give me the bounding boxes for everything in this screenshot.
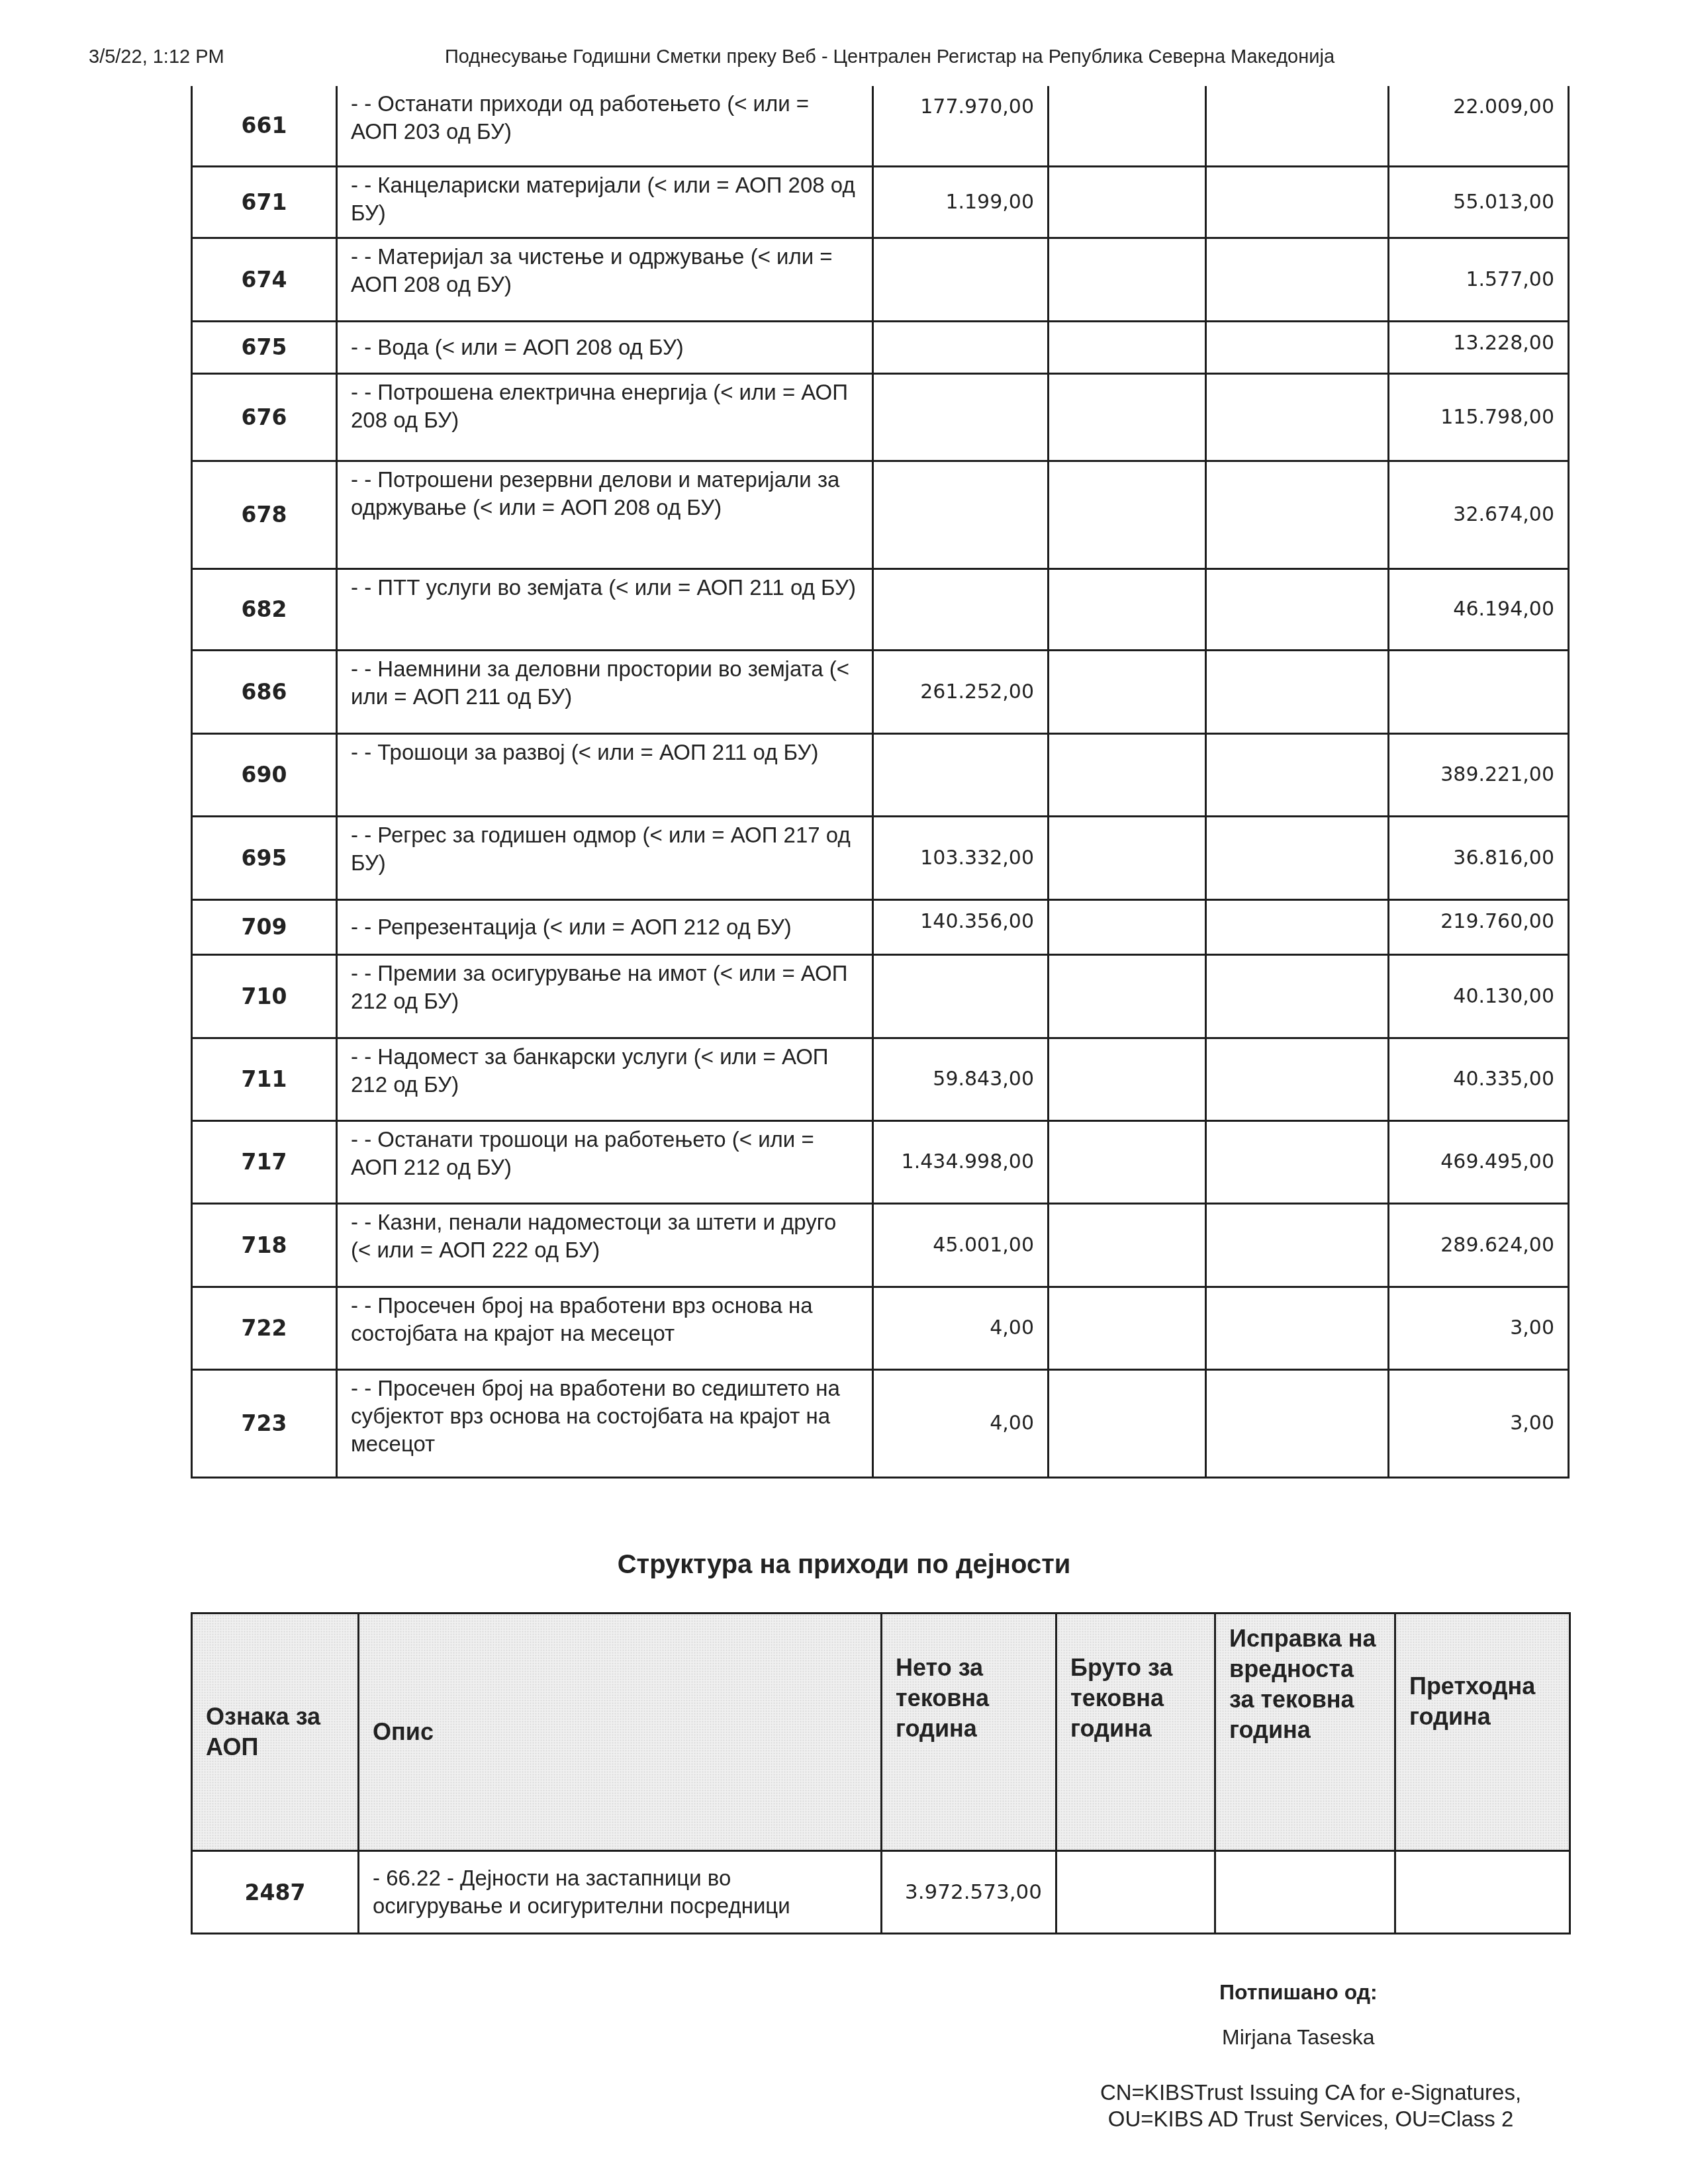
previous-year-value — [1389, 650, 1569, 733]
row-description: - - Наемнини за деловни простории во зем… — [337, 650, 873, 733]
print-page-title: Поднесување Годишни Сметки преку Веб - Ц… — [445, 46, 1335, 68]
table-row: 686- - Наемнини за деловни простории во … — [192, 650, 1569, 733]
table-row: 661- - Останати приходи од работењето (<… — [192, 86, 1569, 166]
previous-year-value — [1395, 1851, 1570, 1934]
aop-code: 2487 — [192, 1851, 359, 1934]
current-year-adjustment-value — [1206, 954, 1389, 1038]
current-year-adjustment-value — [1206, 1369, 1389, 1477]
previous-year-value: 40.130,00 — [1389, 954, 1569, 1038]
current-year-gross-value — [1049, 373, 1206, 461]
current-year-gross-value — [1049, 166, 1206, 238]
current-year-adjustment-value — [1206, 461, 1389, 569]
row-description: - - Канцелариски материјали (< или = АОП… — [337, 166, 873, 238]
gross-current-year-value — [1056, 1851, 1215, 1934]
current-year-adjustment-value — [1206, 1038, 1389, 1120]
table-row: 678- - Потрошени резервни делови и матер… — [192, 461, 1569, 569]
signer-name: Mirjana Taseska — [1222, 2025, 1375, 2050]
current-year-net-value: 103.332,00 — [873, 816, 1049, 899]
row-description: - - Премии за осигурување на имот (< или… — [337, 954, 873, 1038]
certificate-info: CN=KIBSTrust Issuing CA for e-Signatures… — [1072, 2079, 1549, 2132]
previous-year-value: 13.228,00 — [1389, 321, 1569, 373]
current-year-net-value: 4,00 — [873, 1369, 1049, 1477]
table-row: 690- - Трошоци за развој (< или = АОП 21… — [192, 733, 1569, 816]
previous-year-value: 46.194,00 — [1389, 569, 1569, 650]
previous-year-value: 3,00 — [1389, 1369, 1569, 1477]
column-header-aop: Ознака за АОП — [192, 1614, 359, 1851]
aop-code: 678 — [192, 461, 337, 569]
previous-year-value: 22.009,00 — [1389, 86, 1569, 166]
current-year-adjustment-value — [1206, 321, 1389, 373]
current-year-net-value — [873, 733, 1049, 816]
current-year-gross-value — [1049, 650, 1206, 733]
table-row: 718- - Казни, пенали надоместоци за штет… — [192, 1203, 1569, 1287]
previous-year-value: 36.816,00 — [1389, 816, 1569, 899]
row-description: - - Регрес за годишен одмор (< или = АОП… — [337, 816, 873, 899]
current-year-net-value: 1.434.998,00 — [873, 1120, 1049, 1203]
current-year-gross-value — [1049, 954, 1206, 1038]
aop-code: 661 — [192, 86, 337, 166]
table-row: 671- - Канцелариски материјали (< или = … — [192, 166, 1569, 238]
current-year-net-value — [873, 569, 1049, 650]
current-year-adjustment-value — [1206, 650, 1389, 733]
aop-code: 717 — [192, 1120, 337, 1203]
previous-year-value: 115.798,00 — [1389, 373, 1569, 461]
aop-code: 682 — [192, 569, 337, 650]
income-structure-table: Ознака за АОП Опис Нето за тековна годин… — [191, 1612, 1571, 1934]
column-header-net-current-year: Нето за тековна година — [882, 1614, 1056, 1851]
aop-code: 709 — [192, 899, 337, 954]
row-description: - - Казни, пенали надоместоци за штети и… — [337, 1203, 873, 1287]
table-row: 674- - Материјал за чистење и одржување … — [192, 238, 1569, 321]
row-description: - - Надомест за банкарски услуги (< или … — [337, 1038, 873, 1120]
structure-section-title: Структура на приходи по дејности — [0, 1550, 1688, 1580]
activity-description: - 66.22 - Дејности на застапници во осиг… — [359, 1851, 882, 1934]
aop-code: 723 — [192, 1369, 337, 1477]
current-year-gross-value — [1049, 461, 1206, 569]
row-description: - - Останати приходи од работењето (< ил… — [337, 86, 873, 166]
certificate-ou: OU=KIBS AD Trust Services, OU=Class 2 — [1072, 2106, 1549, 2132]
row-description: - - Останати трошоци на работењето (< ил… — [337, 1120, 873, 1203]
current-year-adjustment-value — [1206, 166, 1389, 238]
current-year-gross-value — [1049, 1369, 1206, 1477]
aop-values-body: 661- - Останати приходи од работењето (<… — [192, 86, 1569, 1477]
signed-by-label: Потпишано од: — [1219, 1980, 1378, 2005]
current-year-net-value — [873, 321, 1049, 373]
net-current-year-value: 3.972.573,00 — [882, 1851, 1056, 1934]
current-year-gross-value — [1049, 321, 1206, 373]
current-year-adjustment-value — [1206, 373, 1389, 461]
table-row: 723- - Просечен број на вработени во сед… — [192, 1369, 1569, 1477]
current-year-adjustment-value — [1206, 1120, 1389, 1203]
row-description: - - Материјал за чистење и одржување (< … — [337, 238, 873, 321]
aop-values-table: 661- - Останати приходи од работењето (<… — [191, 86, 1570, 1479]
aop-code: 676 — [192, 373, 337, 461]
table-row: 711- - Надомест за банкарски услуги (< и… — [192, 1038, 1569, 1120]
table-row: 676- - Потрошена електрична енергија (< … — [192, 373, 1569, 461]
aop-code: 722 — [192, 1287, 337, 1369]
previous-year-value: 55.013,00 — [1389, 166, 1569, 238]
previous-year-value: 1.577,00 — [1389, 238, 1569, 321]
aop-code: 674 — [192, 238, 337, 321]
current-year-gross-value — [1049, 733, 1206, 816]
table-row: 717- - Останати трошоци на работењето (<… — [192, 1120, 1569, 1203]
current-year-net-value: 140.356,00 — [873, 899, 1049, 954]
current-year-net-value — [873, 373, 1049, 461]
aop-code: 690 — [192, 733, 337, 816]
column-header-previous-year: Претходна година — [1395, 1614, 1570, 1851]
current-year-net-value — [873, 461, 1049, 569]
current-year-gross-value — [1049, 1203, 1206, 1287]
current-year-gross-value — [1049, 238, 1206, 321]
previous-year-value: 40.335,00 — [1389, 1038, 1569, 1120]
previous-year-value: 389.221,00 — [1389, 733, 1569, 816]
current-year-adjustment-value — [1206, 733, 1389, 816]
current-year-gross-value — [1049, 86, 1206, 166]
row-description: - - Потрошени резервни делови и материја… — [337, 461, 873, 569]
previous-year-value: 469.495,00 — [1389, 1120, 1569, 1203]
table-row: 2487 - 66.22 - Дејности на застапници во… — [192, 1851, 1570, 1934]
current-year-gross-value — [1049, 1120, 1206, 1203]
current-year-gross-value — [1049, 569, 1206, 650]
current-year-gross-value — [1049, 1038, 1206, 1120]
column-header-description: Опис — [359, 1614, 882, 1851]
aop-code: 675 — [192, 321, 337, 373]
table-row: 695- - Регрес за годишен одмор (< или = … — [192, 816, 1569, 899]
current-year-gross-value — [1049, 1287, 1206, 1369]
current-year-adjustment-value — [1206, 816, 1389, 899]
table-row: 675- - Вода (< или = АОП 208 од БУ)13.22… — [192, 321, 1569, 373]
row-description: - - Трошоци за развој (< или = АОП 211 о… — [337, 733, 873, 816]
current-year-adjustment-value — [1206, 569, 1389, 650]
table-row: 710- - Премии за осигурување на имот (< … — [192, 954, 1569, 1038]
row-description: - - Просечен број на вработени во седишт… — [337, 1369, 873, 1477]
row-description: - - ПТТ услуги во земјата (< или = АОП 2… — [337, 569, 873, 650]
row-description: - - Просечен број на вработени врз основ… — [337, 1287, 873, 1369]
aop-code: 671 — [192, 166, 337, 238]
current-year-net-value: 45.001,00 — [873, 1203, 1049, 1287]
column-header-gross-current-year: Бруто за тековна година — [1056, 1614, 1215, 1851]
value-adjustment-value — [1215, 1851, 1395, 1934]
aop-code: 695 — [192, 816, 337, 899]
previous-year-value: 3,00 — [1389, 1287, 1569, 1369]
row-description: - - Потрошена електрична енергија (< или… — [337, 373, 873, 461]
current-year-gross-value — [1049, 899, 1206, 954]
previous-year-value: 32.674,00 — [1389, 461, 1569, 569]
certificate-cn: CN=KIBSTrust Issuing CA for e-Signatures… — [1072, 2079, 1549, 2106]
current-year-adjustment-value — [1206, 899, 1389, 954]
current-year-net-value: 1.199,00 — [873, 166, 1049, 238]
table-row: 722- - Просечен број на вработени врз ос… — [192, 1287, 1569, 1369]
row-description: - - Репрезентација (< или = АОП 212 од Б… — [337, 899, 873, 954]
current-year-net-value: 59.843,00 — [873, 1038, 1049, 1120]
income-structure-header-row: Ознака за АОП Опис Нето за тековна годин… — [192, 1614, 1570, 1851]
row-description: - - Вода (< или = АОП 208 од БУ) — [337, 321, 873, 373]
current-year-net-value — [873, 954, 1049, 1038]
current-year-adjustment-value — [1206, 1287, 1389, 1369]
print-datetime: 3/5/22, 1:12 PM — [89, 46, 224, 68]
aop-code: 686 — [192, 650, 337, 733]
current-year-net-value — [873, 238, 1049, 321]
aop-code: 710 — [192, 954, 337, 1038]
current-year-net-value: 4,00 — [873, 1287, 1049, 1369]
aop-code: 711 — [192, 1038, 337, 1120]
current-year-gross-value — [1049, 816, 1206, 899]
column-header-value-adjustment: Исправка на вредноста за тековна година — [1215, 1614, 1395, 1851]
current-year-net-value: 261.252,00 — [873, 650, 1049, 733]
current-year-net-value: 177.970,00 — [873, 86, 1049, 166]
table-row: 709- - Репрезентација (< или = АОП 212 о… — [192, 899, 1569, 954]
current-year-adjustment-value — [1206, 1203, 1389, 1287]
current-year-adjustment-value — [1206, 86, 1389, 166]
table-row: 682- - ПТТ услуги во земјата (< или = АО… — [192, 569, 1569, 650]
current-year-adjustment-value — [1206, 238, 1389, 321]
previous-year-value: 219.760,00 — [1389, 899, 1569, 954]
previous-year-value: 289.624,00 — [1389, 1203, 1569, 1287]
aop-code: 718 — [192, 1203, 337, 1287]
